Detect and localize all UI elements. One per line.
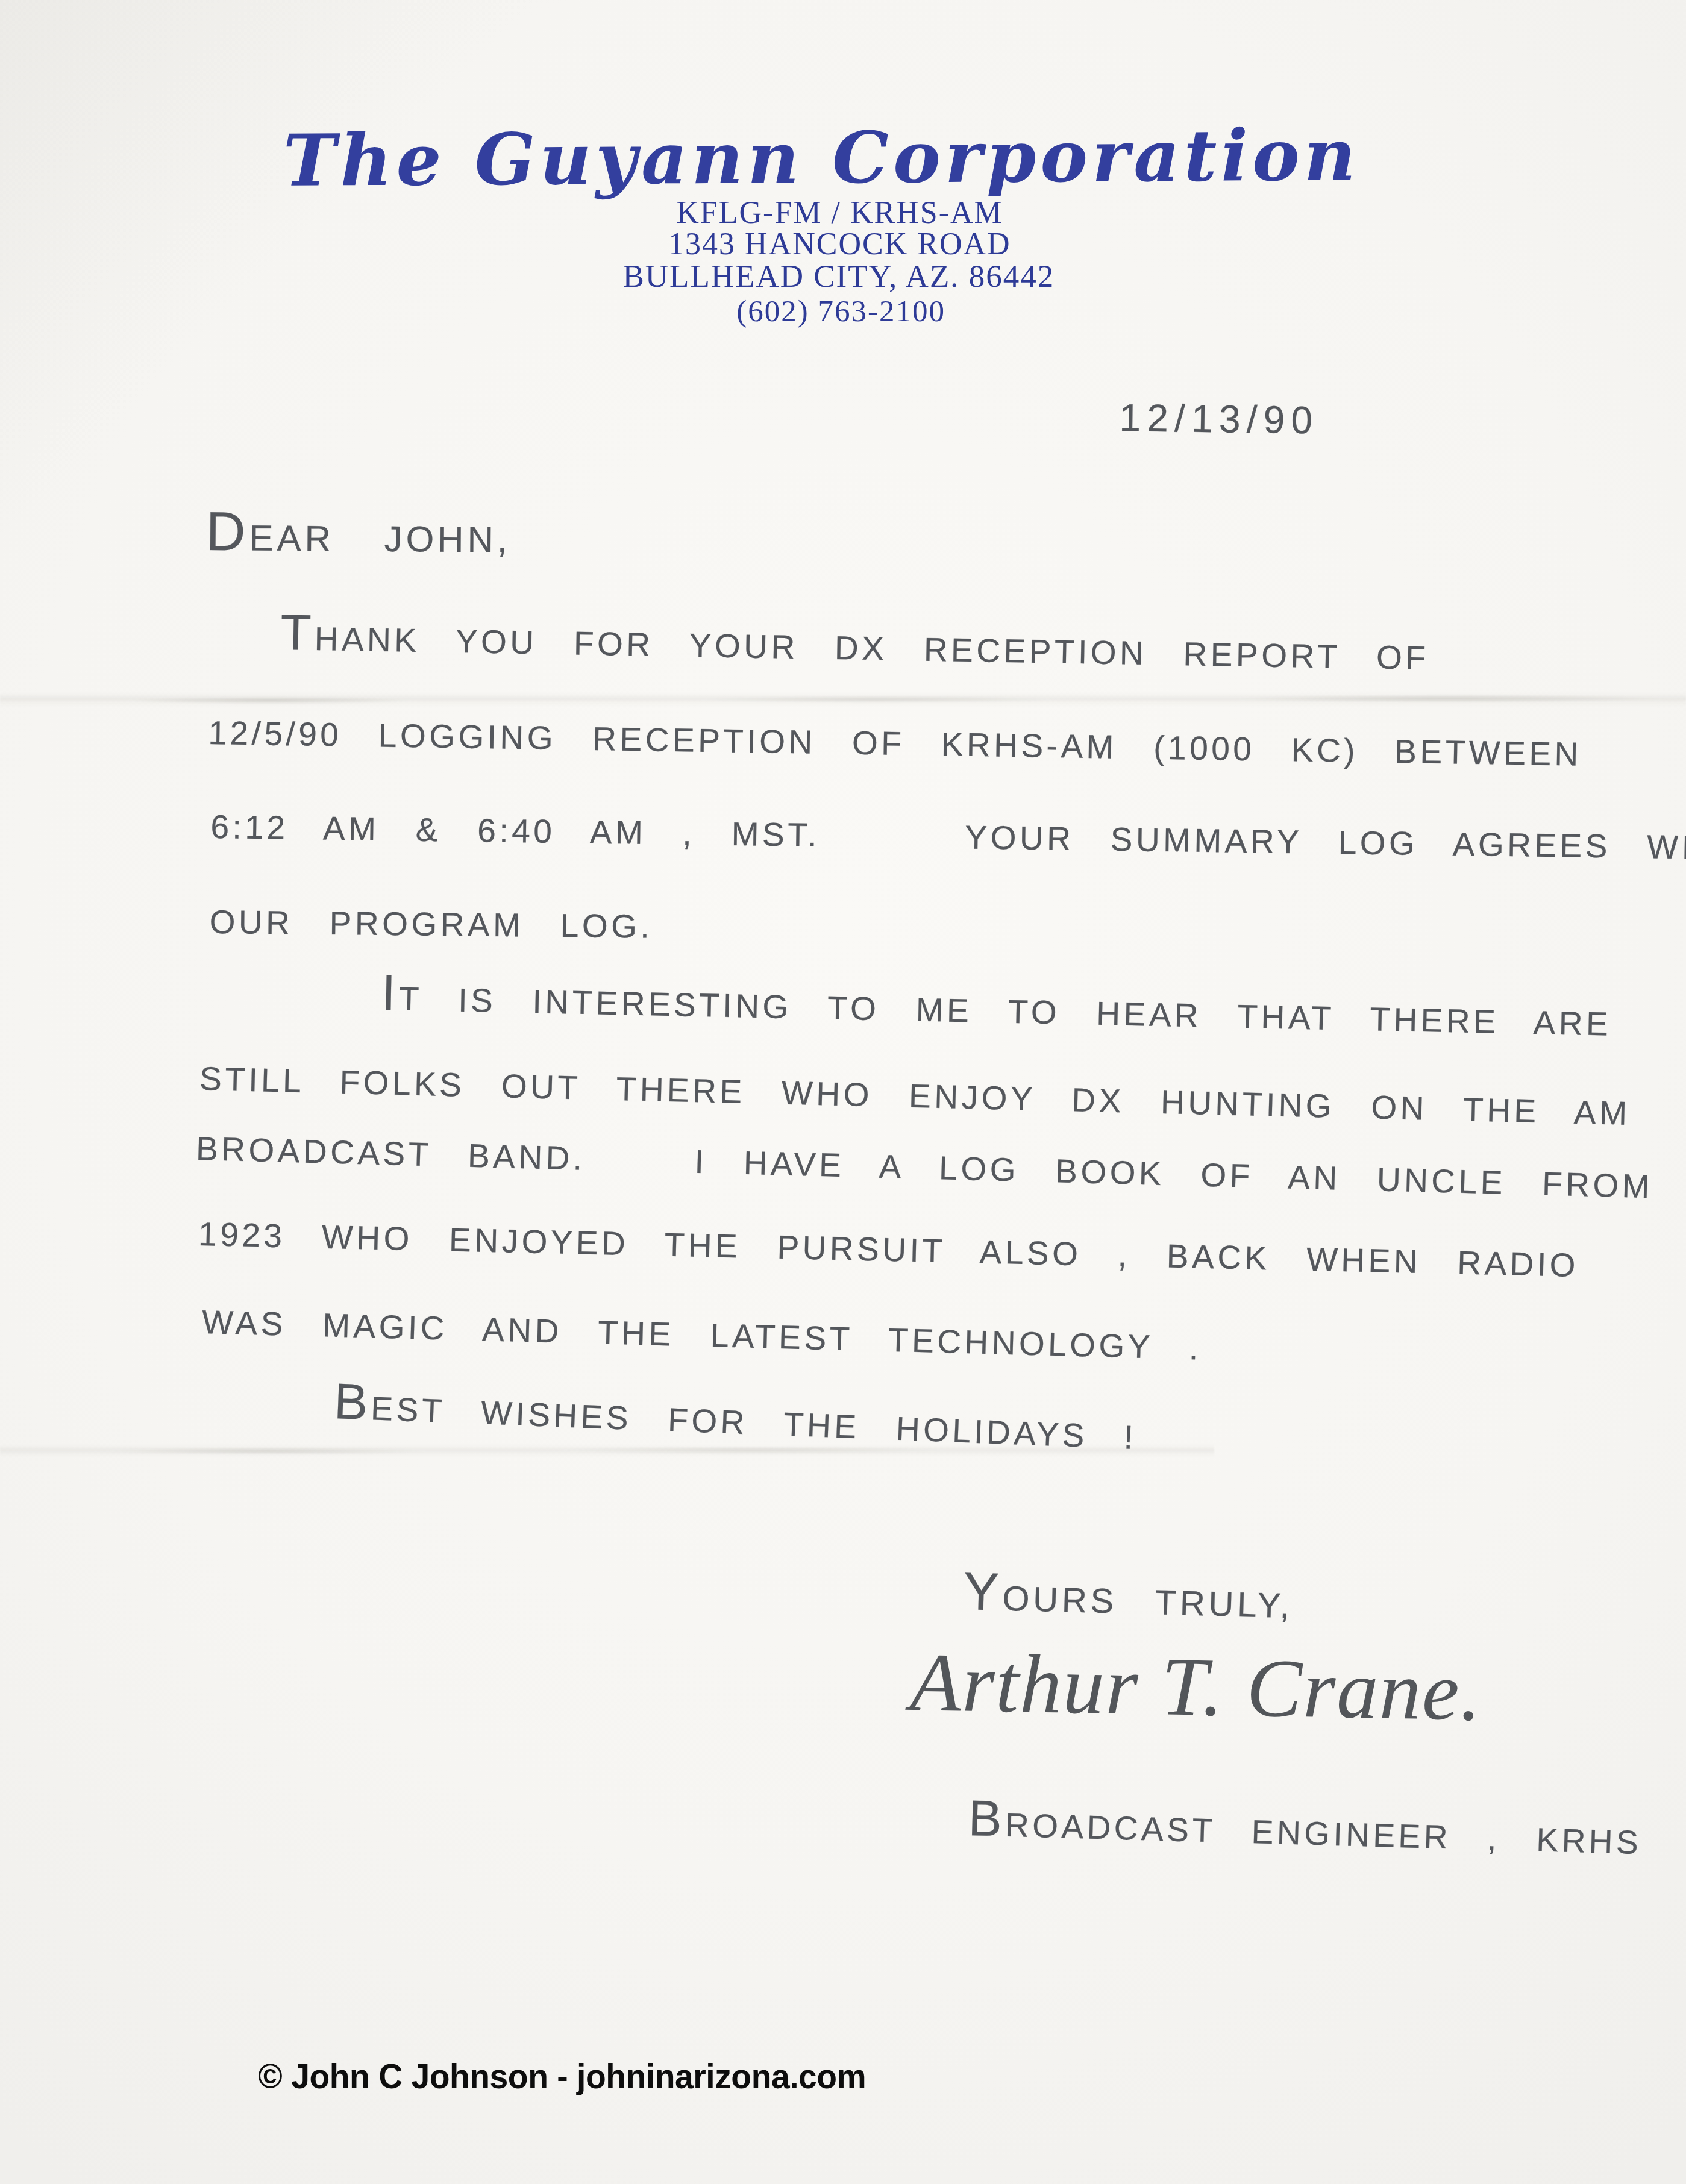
fold-crease-upper	[0, 689, 1686, 710]
handwritten-line: STILL FOLKS OUT THERE WHO ENJOY DX HUNTI…	[199, 1059, 1631, 1133]
company-name: The Guyann Corporation	[283, 113, 1360, 202]
handwritten-line: WAS MAGIC AND THE LATEST TECHNOLOGY .	[201, 1303, 1202, 1367]
copyright-watermark: © John C Johnson - johninarizona.com	[258, 2057, 866, 2097]
handwritten-line: 12/5/90 LOGGING RECEPTION OF KRHS-AM (10…	[208, 713, 1582, 774]
signer-title: BROADCAST ENGINEER , KRHS	[968, 1798, 1643, 1862]
handwritten-line: IT IS INTERESTING TO ME TO HEAR THAT THE…	[381, 972, 1612, 1044]
handwritten-line: BROADCAST BAND. I HAVE A LOG BOOK OF AN …	[195, 1129, 1653, 1206]
phone-number: (602) 763-2100	[736, 294, 945, 329]
handwritten-date: 12/13/90	[1119, 395, 1319, 443]
handwritten-line: BEST WISHES FOR THE HOLIDAYS !	[333, 1381, 1137, 1457]
handwritten-line: 1923 WHO ENJOYED THE PURSUIT ALSO , BACK…	[198, 1215, 1579, 1284]
handwritten-line: OUR PROGRAM LOG.	[209, 903, 653, 946]
city-state-zip: BULLHEAD CITY, AZ. 86442	[622, 258, 1055, 295]
handwritten-line: THANK YOU FOR YOUR DX RECEPTION REPORT O…	[280, 612, 1430, 677]
street-address: 1343 HANCOCK ROAD	[668, 227, 1011, 262]
salutation: DEAR JOHN,	[205, 510, 510, 561]
valediction: YOURS TRULY,	[963, 1570, 1294, 1626]
letter-page: The Guyann Corporation KFLG-FM / KRHS-AM…	[0, 0, 1686, 2184]
signature: Arthur T. Crane.	[909, 1634, 1483, 1740]
station-callsigns: KFLG-FM / KRHS-AM	[676, 195, 1003, 231]
handwritten-line: 6:12 AM & 6:40 AM , MST. YOUR SUMMARY LO…	[210, 807, 1686, 868]
